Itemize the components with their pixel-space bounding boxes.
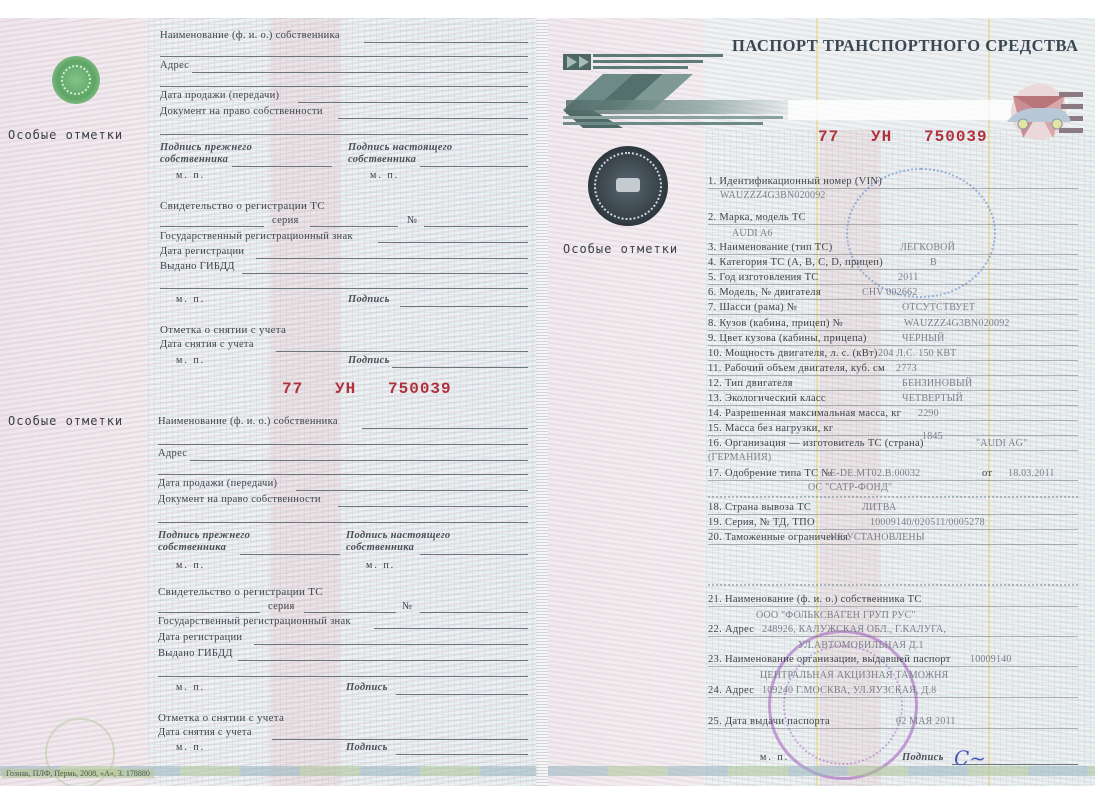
field-label: 3. Наименование (тип ТС) [708, 242, 833, 253]
field-label: 19. Серия, № ТД, ТПО [708, 517, 815, 528]
field-value: ООО "ФОЛЬКСВАГЕН ГРУП РУС" [756, 610, 916, 621]
field-value-line2: ЦЕНТРАЛЬНАЯ АКЦИЗНАЯ ТАМОЖНЯ [760, 670, 948, 681]
car-emblem-icon [1003, 82, 1083, 142]
ownership-doc-field [338, 506, 528, 507]
seal-label: м. п. [176, 742, 205, 753]
owner-name-field-2 [158, 444, 528, 445]
field-line [708, 284, 1078, 285]
field-value: WAUZZZ4G3BN020092 [720, 190, 826, 201]
prev-owner-sig-field [232, 166, 332, 167]
signature-field [392, 367, 528, 368]
signature-label: Подпись [346, 742, 388, 753]
field-value: БЕНЗИНОВЫЙ [902, 378, 972, 389]
signature-field [396, 694, 528, 695]
ownership-doc-field-2 [158, 522, 528, 523]
signature-label: Подпись [346, 682, 388, 693]
security-strip [548, 766, 1095, 776]
issued-by-field [242, 273, 528, 274]
field-line [708, 728, 1078, 729]
reg-date-label: Дата регистрации [160, 246, 244, 257]
field-label: 22. Адрес [708, 624, 754, 635]
separator [708, 584, 1078, 586]
number-field [424, 226, 528, 227]
field-value: 248926, КАЛУЖСКАЯ ОБЛ., Г.КАЛУГА, [762, 624, 946, 635]
hologram-icon [588, 146, 668, 226]
signature-label: Подпись [902, 752, 944, 763]
serial-number: 77 УН 750039 [282, 380, 452, 398]
curr-owner-sig-label-2: собственника [346, 542, 414, 553]
seal-label: м. п. [176, 560, 205, 571]
field-line [708, 606, 1078, 607]
field-label: 9. Цвет кузова (кабины, прицепа) [708, 333, 867, 344]
issued-by-field [238, 660, 528, 661]
special-marks-label: Особые отметки [8, 128, 123, 142]
state-plate-field [378, 242, 528, 243]
series-field [304, 612, 396, 613]
field-label: 16. Организация — изготовитель ТС (стран… [708, 438, 924, 449]
field-line [708, 188, 1078, 189]
prev-owner-sig-label-2: собственника [160, 154, 228, 165]
field-value: 2290 [918, 408, 939, 419]
field-value-line2: ОС "САТР-ФОНД" [808, 482, 892, 493]
curr-owner-sig-label: Подпись настоящего [346, 530, 450, 541]
field-line [708, 420, 1078, 421]
field-label: 12. Тип двигателя [708, 378, 793, 389]
field-line [708, 636, 1078, 637]
sale-date-field [298, 102, 528, 103]
curr-owner-sig-field [420, 166, 528, 167]
field-value: 1845 [922, 431, 943, 442]
field-label: 1. Идентификационный номер (VIN) [708, 176, 882, 187]
field-value: WAUZZZ4G3BN020092 [904, 318, 1010, 329]
field-value: 204 л.с. 150 кВт [878, 348, 956, 359]
series-label: серия [268, 601, 295, 612]
field-line [708, 360, 1078, 361]
address-field-2 [158, 474, 528, 475]
field-value: ЧЕТВЕРТЫЙ [902, 393, 963, 404]
field-value: ЧЕРНЫЙ [902, 333, 945, 344]
field-value: 10009140 [970, 654, 1012, 665]
address-label: Адрес [158, 448, 187, 459]
field-line [708, 224, 1078, 225]
document-title: ПАСПОРТ ТРАНСПОРТНОГО СРЕДСТВА [732, 36, 1078, 56]
field-value: 109240 Г.МОСКВА, УЛ.ЯУЗСКАЯ, Д.8 [762, 685, 936, 696]
signature-label: Подпись [348, 355, 390, 366]
issued-by-label: Выдано ГИБДД [158, 648, 233, 659]
address-label: Адрес [160, 60, 189, 71]
dereg-date-label: Дата снятия с учета [160, 339, 254, 350]
dereg-date-field [276, 351, 528, 352]
serial-number: 77 УН 750039 [818, 128, 988, 146]
dereg-date-label: Дата снятия с учета [158, 727, 252, 738]
field-line [708, 529, 1078, 530]
field-label: 13. Экологический класс [708, 393, 826, 404]
prev-owner-sig-field [240, 554, 340, 555]
prev-owner-sig-label-2: собственника [158, 542, 226, 553]
printer-imprint: Гознак, ПЛФ, Пермь, 2008, «А», З. 178880 [2, 769, 154, 778]
field-value-line2: (ГЕРМАНИЯ) [708, 452, 771, 463]
field-line [708, 666, 1078, 667]
field-value: 2773 [896, 363, 917, 374]
reg-date-label: Дата регистрации [158, 632, 242, 643]
number-label: № [402, 601, 412, 612]
field-line [708, 254, 1078, 255]
field-value: B [930, 257, 937, 268]
customs-stamp-icon [768, 630, 918, 780]
field-label: 8. Кузов (кабина, прицеп) № [708, 318, 843, 329]
series-field [310, 226, 398, 227]
reg-date-field [256, 258, 528, 259]
seal-label: м. п. [370, 170, 399, 181]
field-label: 18. Страна вывоза ТС [708, 502, 811, 513]
address-field [190, 460, 528, 461]
owner-name-field [362, 428, 528, 429]
seal-label: м. п. [176, 355, 205, 366]
field-value: AUDI A6 [732, 228, 773, 239]
dereg-label: Отметка о снятии с учета [160, 324, 286, 336]
field-label: 4. Категория ТС (А, В, С, D, прицеп) [708, 257, 883, 268]
owner-name-field [364, 42, 528, 43]
field-label: 15. Масса без нагрузки, кг [708, 423, 834, 434]
seal-label: м. п. [760, 752, 789, 763]
field-line [708, 299, 1078, 300]
seal-label: м. п. [366, 560, 395, 571]
field-label: 14. Разрешенная максимальная масса, кг [708, 408, 901, 419]
left-page: Наименование (ф. и. о.) собственника Адр… [0, 18, 538, 786]
field-line [708, 435, 1078, 436]
field-label: 21. Наименование (ф. и. о.) собственника… [708, 594, 922, 605]
field-label: 17. Одобрение типа ТС № [708, 468, 832, 479]
curr-owner-sig-label-2: собственника [348, 154, 416, 165]
special-marks-label: Особые отметки [563, 242, 678, 256]
sale-date-field [296, 490, 528, 491]
field-line [708, 697, 1078, 698]
separator [708, 496, 1078, 498]
field-line [708, 390, 1078, 391]
field-line [708, 514, 1078, 515]
address-field-2 [160, 86, 528, 87]
ownership-doc-label: Документ на право собственности [160, 106, 323, 117]
dereg-label: Отметка о снятии с учета [158, 712, 284, 724]
field-label: 24. Адрес [708, 685, 754, 696]
address-field [192, 72, 528, 73]
date-label: от [982, 468, 992, 479]
field-label: 20. Таможенные ограничения [708, 532, 848, 543]
sale-date-label: Дата продажи (передачи) [158, 478, 277, 489]
reg-cert-label: Свидетельство о регистрации ТС [158, 586, 323, 598]
series-label: серия [272, 215, 299, 226]
field-value: НЕ УСТАНОВЛЕНЫ [830, 532, 925, 543]
chevron-ornament-icon [563, 48, 783, 128]
issued-by-field-2 [158, 676, 528, 677]
signature-label: Подпись [348, 294, 390, 305]
seal-label: м. п. [176, 682, 205, 693]
field-line [708, 544, 1078, 545]
signature-field [400, 306, 528, 307]
field-label: 5. Год изготовления ТС [708, 272, 819, 283]
owner-name-label: Наименование (ф. и. о.) собственника [158, 416, 338, 427]
field-value: "AUDI AG" [976, 438, 1027, 449]
curr-owner-sig-label: Подпись настоящего [348, 142, 452, 153]
field-value: 10009140/020511/0005278 [870, 517, 985, 528]
field-line [708, 314, 1078, 315]
state-plate-label: Государственный регистрационный знак [158, 616, 351, 627]
curr-owner-sig-field [420, 554, 528, 555]
prev-owner-sig-label: Подпись прежнего [158, 530, 250, 541]
number-field [420, 612, 528, 613]
security-line [988, 18, 990, 786]
number-label: № [407, 215, 417, 226]
dereg-date-field [272, 739, 528, 740]
ownership-doc-field-2 [160, 134, 528, 135]
ornament-band [566, 100, 796, 114]
field-value: ЛИТВА [862, 502, 896, 513]
special-marks-label: Особые отметки [8, 414, 123, 428]
seal-label: м. п. [176, 170, 205, 181]
field-line [708, 405, 1078, 406]
series-field-pre [160, 226, 264, 227]
signature-field [396, 754, 528, 755]
field-line [708, 480, 1078, 481]
reg-date-field [254, 644, 528, 645]
field-line [708, 345, 1078, 346]
ownership-doc-field [338, 118, 528, 119]
date-value: 18.03.2011 [1008, 468, 1055, 479]
field-label: 2. Марка, модель ТС [708, 212, 806, 223]
owner-name-field-2 [160, 56, 528, 57]
prev-owner-sig-label: Подпись прежнего [160, 142, 252, 153]
field-line [708, 330, 1078, 331]
field-value: ЛЕГКОВОЙ [900, 242, 955, 253]
ownership-doc-label: Документ на право собственности [158, 494, 321, 505]
field-label: 23. Наименование организации, выдавшей п… [708, 654, 951, 665]
field-value-line2: УЛ.АВТОМОБИЛЬНАЯ Д.1 [798, 640, 924, 651]
field-value: 02 мая 2011 [896, 716, 956, 727]
sale-date-label: Дата продажи (передачи) [160, 90, 279, 101]
green-rosette-icon [52, 56, 100, 104]
seal-label: м. п. [176, 294, 205, 305]
issued-by-label: Выдано ГИБДД [160, 261, 235, 272]
field-line [708, 269, 1078, 270]
field-value: 2011 [898, 272, 918, 283]
field-value: CHV 002662 [862, 287, 917, 298]
field-label: 6. Модель, № двигателя [708, 287, 821, 298]
reg-cert-label: Свидетельство о регистрации ТС [160, 200, 325, 212]
owner-name-label: Наименование (ф. и. о.) собственника [160, 30, 340, 41]
field-label: 25. Дата выдачи паспорта [708, 716, 830, 727]
field-label: 10. Мощность двигателя, л. с. (кВт) [708, 348, 878, 359]
state-plate-field [374, 628, 528, 629]
field-label: 11. Рабочий объем двигателя, куб. см [708, 363, 885, 374]
state-plate-label: Государственный регистрационный знак [160, 231, 353, 242]
field-line [708, 450, 1078, 451]
field-value: ОТСУТСТВУЕТ [902, 302, 975, 313]
issued-by-field-2 [160, 288, 528, 289]
field-line [708, 375, 1078, 376]
field-label: 7. Шасси (рама) № [708, 302, 797, 313]
field-value: E-DE.MT02.B.00032 [830, 468, 920, 479]
right-page: ПАСПОРТ ТРАНСПОРТНОГО СРЕДСТВА 77 УН 750… [548, 18, 1095, 786]
series-field-pre [158, 612, 260, 613]
